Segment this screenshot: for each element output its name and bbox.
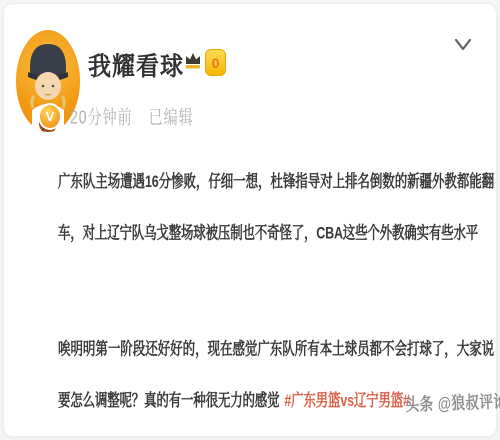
timestamp: 20分钟前 [70, 106, 133, 128]
vip-level-badge[interactable]: 0 [205, 49, 226, 76]
post-card: V 我耀看球 0 20分钟前已编辑 广东队主场遭遇16分惨败，仔细一想，杜锋指导… [3, 3, 497, 437]
username[interactable]: 我耀看球 [88, 46, 184, 83]
post-meta: 20分钟前已编辑 [70, 103, 194, 130]
edited-label: 已编辑 [149, 106, 194, 128]
crown-icon [184, 51, 202, 76]
post-body: 广东队主场遭遇16分惨败，仔细一想，杜锋指导对上排名倒数的新疆外教都能翻车，对上… [58, 156, 494, 426]
verified-v-icon: V [38, 103, 62, 130]
chevron-down-icon[interactable] [451, 35, 475, 55]
hashtag-link[interactable]: #广东男篮vs辽宁男篮# [284, 391, 409, 410]
post-paragraph-1: 广东队主场遭遇16分惨败，仔细一想，杜锋指导对上排名倒数的新疆外教都能翻车，对上… [58, 156, 494, 259]
watermark: 头条 @狼叔评论 [405, 386, 500, 416]
